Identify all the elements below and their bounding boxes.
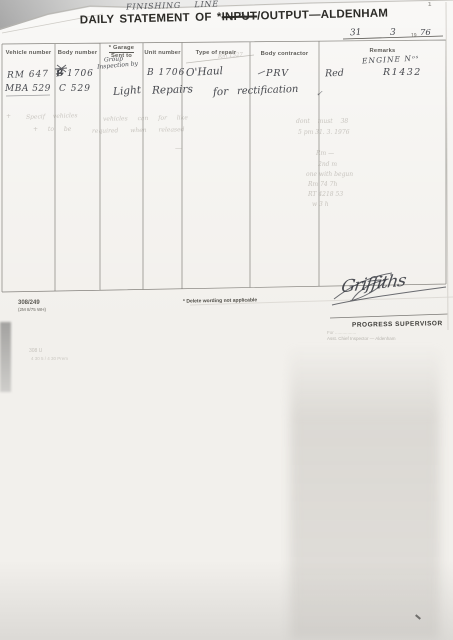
faint-stamp-line1: For ................. xyxy=(327,330,356,335)
col-header-vehicle-number: Vehicle number xyxy=(2,50,55,56)
date-year-written: 76 xyxy=(420,28,431,38)
ghost-imprint-line1: 308 U xyxy=(29,348,42,354)
pencil-note: 5 pm 31. 3. 1976 xyxy=(298,129,350,136)
ghost-imprint-line2: 4 30 5 / 4 30 Prem xyxy=(31,356,68,361)
row1-body-number: 1706 xyxy=(67,69,94,79)
col-header-unit-number: Unit number xyxy=(143,50,182,56)
scanned-document: FINISHING LINE DAILY STATEMENT OF *INPUT… xyxy=(0,0,453,640)
col-header-body-contractor: Body contractor xyxy=(250,51,319,57)
date-month: 3 xyxy=(390,28,396,38)
row2-note-word4: rectification xyxy=(237,84,299,97)
row1-unit-number: B 1706 xyxy=(147,68,185,78)
pencil-note: dont must 38 xyxy=(296,118,348,125)
pencil-note: vehicles can for like xyxy=(103,114,188,122)
pencil-note: Rm 74 7h xyxy=(308,181,337,188)
form-number: 308/249 xyxy=(18,300,40,306)
row1-engine-number: R1432 xyxy=(383,67,422,78)
scan-shadow-strip xyxy=(0,322,11,392)
col-header-body-number: Body number xyxy=(55,50,100,56)
row1-body-contractor: PRV xyxy=(266,68,289,79)
faint-stamp-line2: Asst. Chief Inspector — Aldenham xyxy=(327,336,396,341)
title-struck-word: INPUT xyxy=(222,10,258,23)
pencil-note: Rm — xyxy=(316,150,334,157)
garage-label: * Garage xyxy=(109,45,134,53)
date-day: 31 xyxy=(350,28,362,39)
row1-body-scribble: B xyxy=(55,69,64,80)
pencil-note: RT 4218 53 xyxy=(308,191,343,198)
row2-note-word1: Light xyxy=(113,84,142,98)
row1-type-of-repair: O'Haul xyxy=(186,65,224,79)
row2-note-word2: Repairs xyxy=(152,83,193,96)
pencil-note: w 3 h xyxy=(312,201,329,208)
delete-wording-footnote: * Delete wording not applicable xyxy=(183,297,257,304)
pencil-note: + xyxy=(6,113,11,120)
col-header-remarks: Remarks xyxy=(319,48,446,54)
pencil-note: + to be xyxy=(33,126,71,133)
row1-vehicle-number: RM 647 xyxy=(7,69,49,80)
pencil-note: — xyxy=(175,144,182,152)
row2-note-word3: for xyxy=(213,86,229,99)
row2-body-number: C 529 xyxy=(59,84,91,94)
row2-vehicle-number: MBA 529 xyxy=(5,84,51,94)
scan-shading-bottom xyxy=(0,560,453,640)
form-batch-code: (2M 8/75 WH) xyxy=(18,307,46,312)
page-marker: 1 xyxy=(428,2,432,8)
row2-check-mark: ✓ xyxy=(316,89,323,98)
pencil-note: one with begun xyxy=(306,171,353,178)
date-year-printed: 19 xyxy=(411,33,417,39)
pencil-note: 2nd m xyxy=(318,161,337,168)
row1-remark: Red xyxy=(325,68,344,80)
